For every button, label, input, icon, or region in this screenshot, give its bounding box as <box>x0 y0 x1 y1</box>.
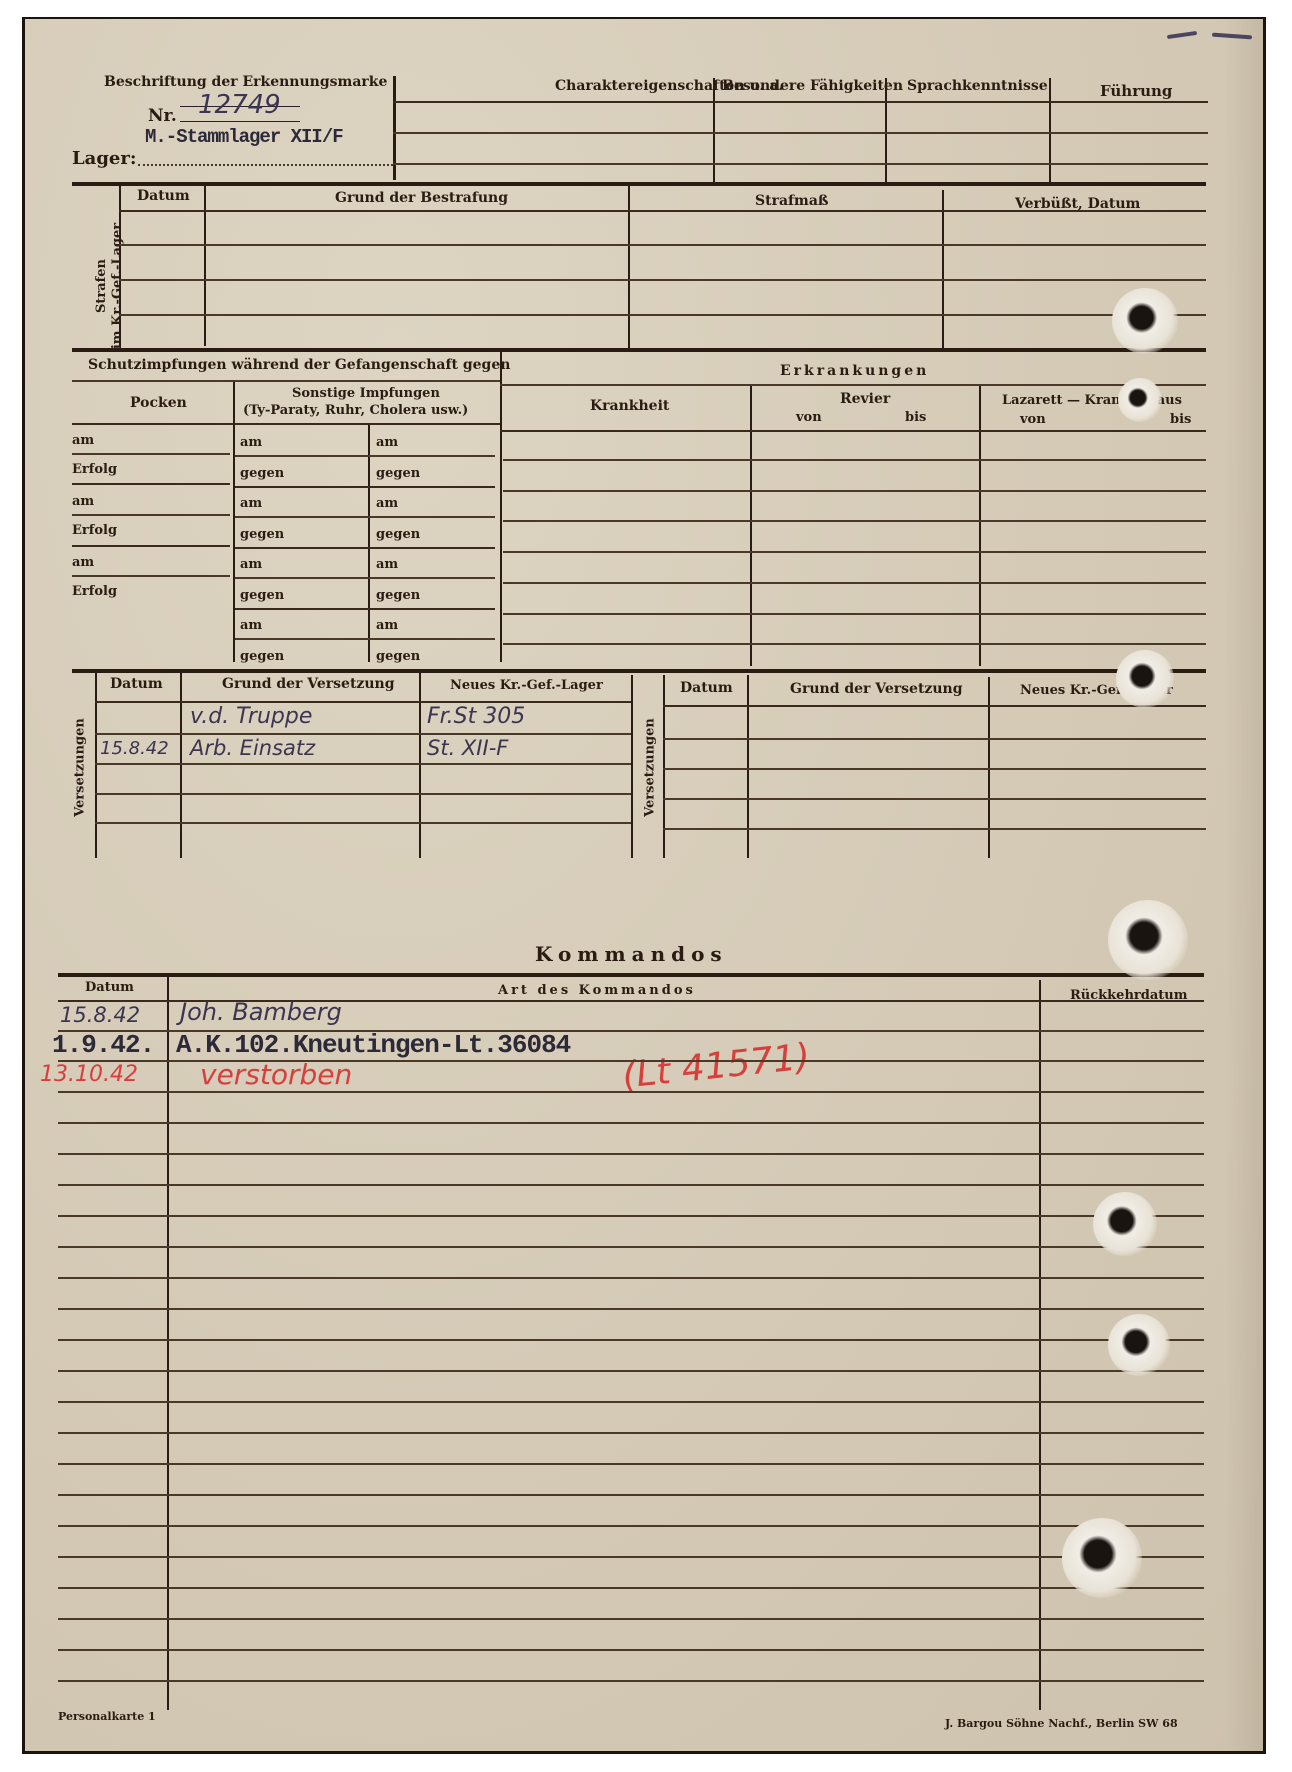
sonstige-row: am <box>376 435 398 450</box>
sonstige-row: am <box>240 435 262 450</box>
divider <box>368 425 370 662</box>
lazarett-von-label: von <box>1020 412 1046 427</box>
rule <box>235 547 495 549</box>
rule <box>503 551 1206 553</box>
rule <box>235 455 495 457</box>
sonstige-impfungen-label: Sonstige Impfungen <box>292 386 440 401</box>
divider <box>979 386 981 666</box>
rule <box>503 490 1206 492</box>
bullet-hole <box>1116 650 1174 708</box>
sonstige-row: am <box>240 557 262 572</box>
sonstige-row: gegen <box>376 527 420 542</box>
bullet-hole <box>1118 378 1162 422</box>
pocken-row: Erfolg <box>72 462 117 477</box>
divider <box>750 386 752 666</box>
bullet-hole <box>1112 288 1178 354</box>
sonstige-row: gegen <box>240 466 284 481</box>
rule <box>393 132 1208 134</box>
rule <box>72 348 1206 352</box>
rule <box>58 1339 1204 1341</box>
rule <box>58 1030 1204 1032</box>
lager-label: Lager: <box>72 148 137 169</box>
pocken-row: Erfolg <box>72 584 117 599</box>
divider <box>747 675 749 858</box>
versetzung-datum-2: 15.8.42 <box>100 738 169 759</box>
kommando-art-3: verstorben <box>200 1058 352 1091</box>
rule <box>235 577 495 579</box>
col-grund-bestrafung: Grund der Bestrafung <box>335 190 508 206</box>
divider <box>204 184 206 346</box>
divider <box>885 78 887 182</box>
pocken-row: am <box>72 494 94 509</box>
pocken-label: Pocken <box>130 395 187 411</box>
divider <box>500 352 502 662</box>
erkrankungen-title: Erkrankungen <box>780 363 929 379</box>
vers-r-col-datum: Datum <box>680 680 733 696</box>
divider <box>1039 980 1041 1710</box>
rule <box>58 1184 1204 1186</box>
divider <box>180 672 182 858</box>
col-fuehrung: Führung <box>1100 82 1172 100</box>
vers-r-col-grund: Grund der Versetzung <box>790 681 963 697</box>
sonstige-row: gegen <box>240 527 284 542</box>
divider <box>419 672 421 858</box>
rule <box>235 608 495 610</box>
rule <box>58 1153 1204 1155</box>
erkennungsmarke-label: Beschriftung der Erkennungsmarke <box>104 74 387 90</box>
rule <box>663 828 1206 830</box>
kommando-datum-3: 13.10.42 <box>40 1062 138 1087</box>
rule <box>58 1215 1204 1217</box>
pocken-row: am <box>72 555 94 570</box>
divider <box>631 675 633 858</box>
paper-edge-shadow <box>1225 19 1263 1751</box>
bullet-hole <box>1062 1518 1142 1598</box>
rule <box>72 545 230 547</box>
rule <box>58 973 1204 977</box>
rule <box>503 582 1206 584</box>
form-name: Personalkarte 1 <box>58 1710 156 1723</box>
rule <box>72 483 230 485</box>
rule <box>58 1246 1204 1248</box>
rule <box>235 486 495 488</box>
rule <box>119 314 1206 316</box>
impfungen-title: Schutzimpfungen während der Gefangenscha… <box>88 357 510 373</box>
nr-label: Nr. <box>148 106 177 126</box>
rule <box>663 738 1206 740</box>
sonstige-row: am <box>376 496 398 511</box>
rule <box>58 1680 1204 1682</box>
rule <box>663 768 1206 770</box>
divider <box>1049 78 1051 182</box>
rule <box>58 1122 1204 1124</box>
versetzungen-side-label-left: Versetzungen <box>73 708 88 828</box>
rule <box>58 1091 1204 1093</box>
rule <box>503 459 1206 461</box>
rule <box>95 763 631 765</box>
krankheit-label: Krankheit <box>590 398 669 414</box>
rule <box>72 669 1206 673</box>
revier-label: Revier <box>840 391 890 407</box>
versetzung-grund-1: v.d. Truppe <box>190 704 312 729</box>
komm-col-datum: Datum <box>85 980 134 995</box>
bullet-hole <box>1093 1192 1157 1256</box>
versetzungen-side-label-right: Versetzungen <box>643 708 658 828</box>
rule <box>119 210 1206 212</box>
col-besondere-faehigkeiten: Besondere Fähigkeiten <box>722 78 903 94</box>
col-datum: Datum <box>137 188 190 204</box>
pocken-row: am <box>72 433 94 448</box>
sonstige-row: gegen <box>376 588 420 603</box>
rule <box>500 430 1206 432</box>
rule <box>393 101 1208 103</box>
versetzung-grund-2: Arb. Einsatz <box>190 736 315 760</box>
strafen-side-label: Strafenim Kr.-Gef.-Lager <box>94 216 126 356</box>
divider <box>167 975 169 1710</box>
pocken-row: Erfolg <box>72 523 117 538</box>
vers-col-datum: Datum <box>110 676 163 692</box>
rule <box>500 384 1206 386</box>
rule <box>58 1556 1204 1558</box>
rule <box>58 1432 1204 1434</box>
lager-dotted-line <box>138 164 393 166</box>
rule <box>235 516 495 518</box>
rule <box>58 1587 1204 1589</box>
nr-value: 12749 <box>198 90 281 120</box>
rule <box>58 1618 1204 1620</box>
divider <box>663 675 665 858</box>
bullet-hole <box>1108 900 1188 980</box>
versetzung-lager-2: St. XII-F <box>427 736 508 760</box>
lazarett-bis-label: bis <box>1170 412 1191 427</box>
rule <box>503 613 1206 615</box>
rule <box>72 423 500 425</box>
komm-col-art: Art des Kommandos <box>498 983 696 998</box>
rule <box>58 1463 1204 1465</box>
sonstige-row: gegen <box>240 649 284 664</box>
sonstige-row: gegen <box>376 466 420 481</box>
rule <box>58 1060 1204 1062</box>
rule <box>393 163 1208 165</box>
revier-bis-label: bis <box>905 410 926 425</box>
col-strafmass: Strafmaß <box>755 193 829 209</box>
kommando-art-2: A.K.102.Kneutingen-Lt.36084 <box>176 1030 570 1060</box>
versetzung-lager-1: Fr.St 305 <box>427 704 525 729</box>
rule <box>58 1494 1204 1496</box>
rule <box>72 575 230 577</box>
rule <box>119 244 1206 246</box>
vers-col-lager: Neues Kr.-Gef.-Lager <box>450 678 603 693</box>
rule <box>72 182 1206 186</box>
divider <box>119 184 121 346</box>
lager-stamp: M.-Stammlager XII/F <box>145 126 343 148</box>
divider <box>95 672 97 858</box>
col-sprachkenntnisse: Sprachkenntnisse <box>907 78 1048 94</box>
sonstige-row: am <box>376 618 398 633</box>
divider <box>713 78 715 182</box>
rule <box>72 453 230 455</box>
rule <box>58 1525 1204 1527</box>
kommando-art-1: Joh. Bamberg <box>180 998 342 1026</box>
rule <box>503 643 1206 645</box>
rule <box>58 1401 1204 1403</box>
rule <box>95 822 631 824</box>
strafen-label: Strafen <box>94 259 109 313</box>
rule <box>72 380 500 382</box>
kommando-datum-2: 1.9.42. <box>52 1030 154 1060</box>
rule <box>58 1277 1204 1279</box>
rule <box>235 638 495 640</box>
sonstige-row: am <box>240 496 262 511</box>
sonstige-impfungen-sub: (Ty-Paraty, Ruhr, Cholera usw.) <box>243 403 468 418</box>
printer-imprint: J. Bargou Söhne Nachf., Berlin SW 68 <box>945 1717 1178 1730</box>
rule <box>95 793 631 795</box>
kommandos-title: Kommandos <box>535 942 728 966</box>
bullet-hole <box>1108 1314 1170 1376</box>
sonstige-row: gegen <box>376 649 420 664</box>
rule <box>663 705 1206 707</box>
rule <box>663 798 1206 800</box>
kr-gef-lager-label: im Kr.-Gef.-Lager <box>110 223 125 349</box>
rule <box>95 701 631 703</box>
rule <box>72 514 230 516</box>
sonstige-row: am <box>240 618 262 633</box>
divider <box>942 190 944 350</box>
sonstige-row: gegen <box>240 588 284 603</box>
rule <box>58 1649 1204 1651</box>
divider <box>628 184 630 348</box>
rule <box>503 520 1206 522</box>
rule <box>119 279 1206 281</box>
rule <box>95 733 631 735</box>
rule <box>58 1370 1204 1372</box>
sonstige-row: am <box>376 557 398 572</box>
kommando-datum-1: 15.8.42 <box>60 1003 140 1027</box>
revier-von-label: von <box>796 410 822 425</box>
vers-col-grund: Grund der Versetzung <box>222 676 395 692</box>
rule <box>58 1308 1204 1310</box>
